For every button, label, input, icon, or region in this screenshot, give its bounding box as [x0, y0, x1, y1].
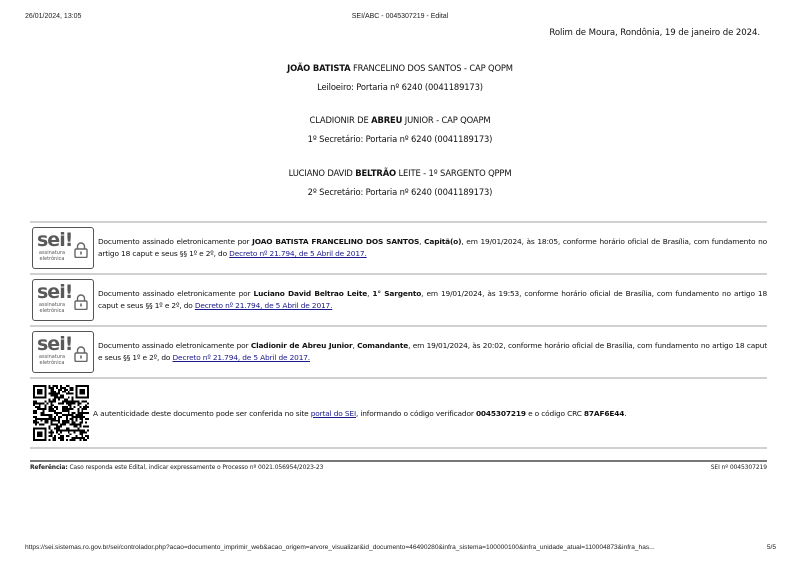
signatory-name-pre: LUCIANO DAVID	[289, 168, 356, 178]
stamp-caption: assinaturaeletrônica	[38, 303, 66, 314]
sei-logo: sei!	[37, 282, 72, 302]
signatory-second-secretary: LUCIANO DAVID BELTRÃO LEITE - 1º SARGENT…	[0, 166, 800, 199]
signature-row: sei! assinaturaeletrônica Documento assi…	[30, 327, 767, 377]
stamp-caption: assinaturaeletrônica	[38, 251, 66, 262]
divider	[30, 447, 767, 449]
signer-name: Cladionir de Abreu Junior	[251, 341, 353, 350]
decree-link[interactable]: Decreto nº 21.794, de 5 Abril de 2017.	[173, 353, 311, 362]
decree-link[interactable]: Decreto nº 21.794, de 5 Abril de 2017.	[229, 249, 367, 258]
reference-label: Referência:	[30, 464, 68, 471]
page-number: 5/5	[767, 544, 776, 551]
sei-logo: sei!	[37, 334, 72, 354]
signatory-name-bold: BELTRÃO	[355, 168, 396, 178]
reference-line: Referência: Caso responda este Edital, i…	[30, 464, 767, 471]
signature-text: Documento assinado eletronicamente por L…	[98, 288, 767, 313]
signatory-role: 2º Secretário: Portaria nº 6240 (0041189…	[0, 185, 800, 199]
signatory-name-rest: FRANCELINO DOS SANTOS - CAP QOPM	[350, 63, 512, 73]
signatory-name-bold: ABREU	[371, 115, 402, 125]
signature-row: sei! assinaturaeletrônica Documento assi…	[30, 275, 767, 325]
signer-title: Comandante	[357, 341, 408, 350]
signature-text: Documento assinado eletronicamente por C…	[98, 340, 767, 365]
place-date: Rolim de Moura, Rondônia, 19 de janeiro …	[549, 28, 760, 38]
signatory-role: Leiloeiro: Portaria nº 6240 (0041189173)	[0, 80, 800, 94]
signature-text: Documento assinado eletronicamente por J…	[98, 236, 767, 261]
crc-code: 87AF6E44	[584, 409, 624, 418]
sei-number: SEI nº 0045307219	[711, 464, 767, 471]
signatory-first-secretary: CLADIONIR DE ABREU JUNIOR - CAP QOAPM 1º…	[0, 113, 800, 146]
sei-signature-stamp: sei! assinaturaeletrônica	[32, 279, 94, 321]
signatory-auctioneer: JOÃO BATISTA FRANCELINO DOS SANTOS - CAP…	[0, 61, 800, 94]
signer-name: JOAO BATISTA FRANCELINO DOS SANTOS	[252, 237, 419, 246]
reference-divider	[30, 460, 767, 462]
signer-title: Capitã(o)	[424, 237, 461, 246]
signatory-name: JOÃO BATISTA FRANCELINO DOS SANTOS - CAP…	[0, 61, 800, 75]
padlock-icon	[74, 294, 88, 310]
verifier-code: 0045307219	[476, 409, 526, 418]
signer-name: Luciano David Beltrao Leite	[254, 289, 368, 298]
sei-signature-stamp: sei! assinaturaeletrônica	[32, 227, 94, 269]
reference-text: Caso responda este Edital, indicar expre…	[68, 464, 324, 471]
qr-code-icon[interactable]	[33, 385, 89, 441]
authenticity-text: A autenticidade deste documento pode ser…	[93, 409, 626, 418]
signatory-name-pre: CLADIONIR DE	[310, 115, 372, 125]
signatory-name-rest: JUNIOR - CAP QOAPM	[402, 115, 490, 125]
stamp-caption: assinaturaeletrônica	[38, 355, 66, 366]
electronic-signatures: sei! assinaturaeletrônica Documento assi…	[30, 221, 767, 449]
print-url: https://sei.sistemas.ro.gov.br/sei/contr…	[25, 544, 655, 551]
signatory-name-rest: LEITE - 1º SARGENTO QPPM	[396, 168, 511, 178]
signer-title: 1° Sargento	[372, 289, 421, 298]
signatory-name-bold: JOÃO BATISTA	[287, 63, 350, 73]
authenticity-row: A autenticidade deste documento pode ser…	[30, 379, 767, 447]
padlock-icon	[74, 242, 88, 258]
print-title: SEI/ABC - 0045307219 - Edital	[0, 13, 800, 20]
signature-row: sei! assinaturaeletrônica Documento assi…	[30, 223, 767, 273]
sei-portal-link[interactable]: portal do SEI	[311, 409, 356, 418]
signatory-name: LUCIANO DAVID BELTRÃO LEITE - 1º SARGENT…	[0, 166, 800, 180]
signatory-role: 1º Secretário: Portaria nº 6240 (0041189…	[0, 132, 800, 146]
padlock-icon	[74, 346, 88, 362]
sei-logo: sei!	[37, 230, 72, 250]
sei-signature-stamp: sei! assinaturaeletrônica	[32, 331, 94, 373]
decree-link[interactable]: Decreto nº 21.794, de 5 Abril de 2017.	[195, 301, 333, 310]
signatory-name: CLADIONIR DE ABREU JUNIOR - CAP QOAPM	[0, 113, 800, 127]
